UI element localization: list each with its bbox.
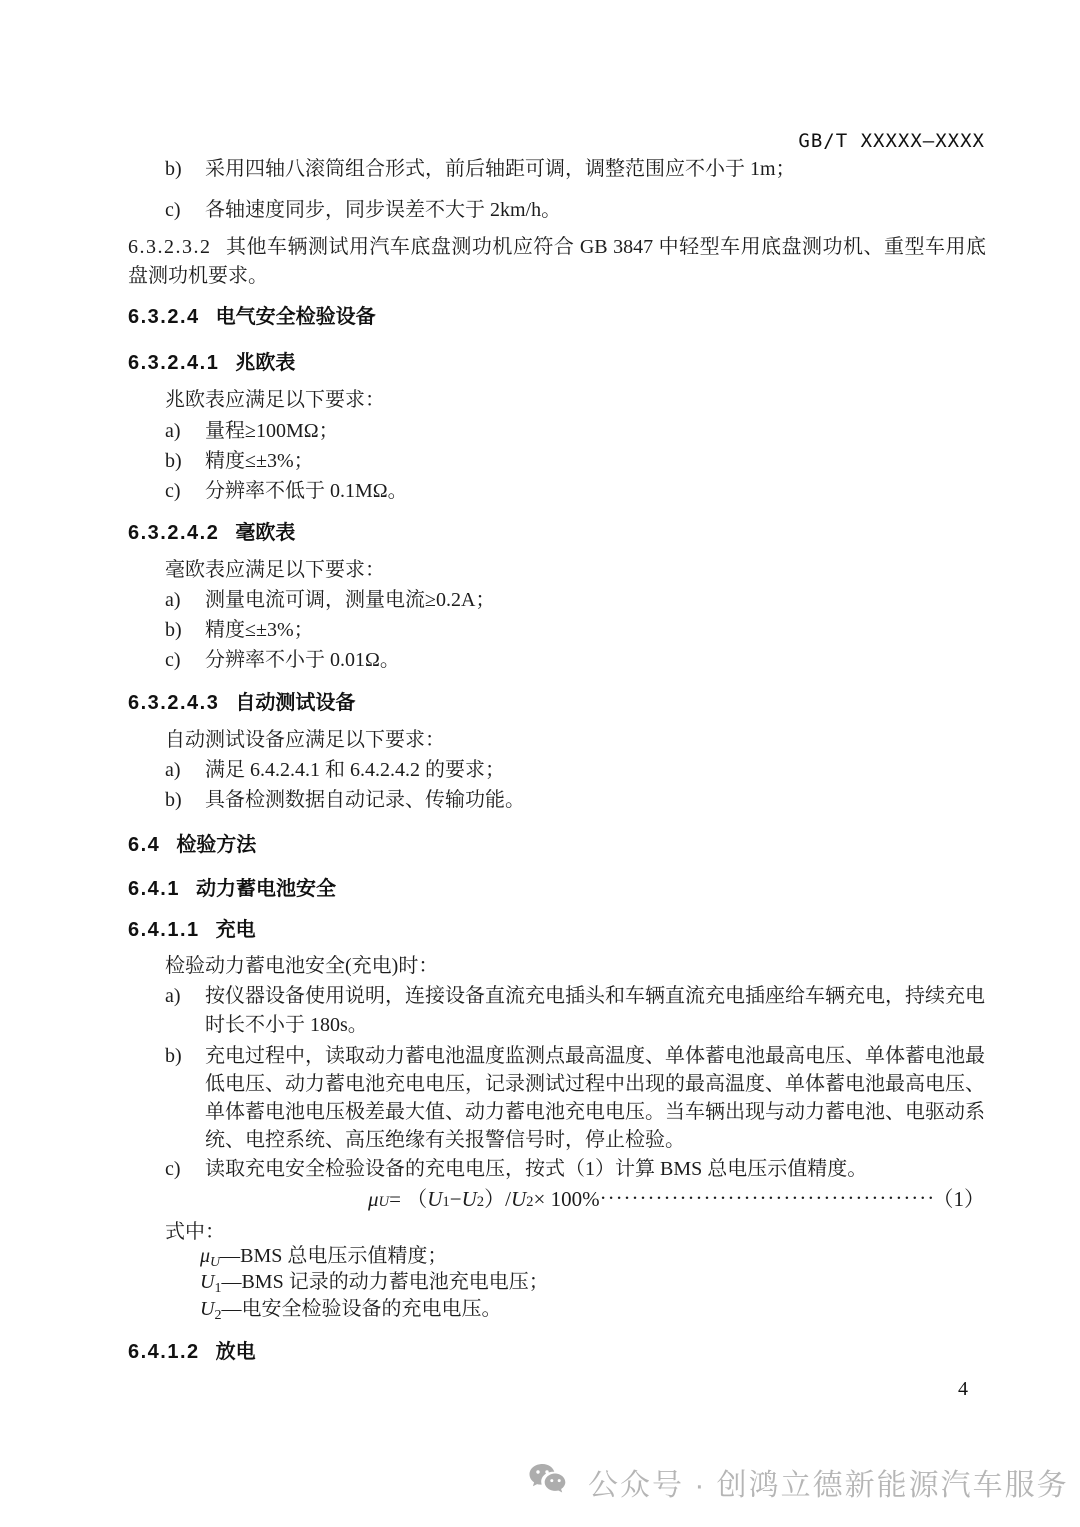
list-label: b) bbox=[165, 1042, 205, 1154]
list-text: 具备检测数据自动记录、传输功能。 bbox=[205, 786, 985, 815]
list-label: c) bbox=[165, 196, 205, 225]
list-item: b) 精度≤±3%； bbox=[165, 616, 985, 645]
list-item: a) 按仪器设备使用说明，连接设备直流充电插头和车辆直流充电插座给车辆充电，持续… bbox=[165, 982, 985, 1040]
list-item: b) 具备检测数据自动记录、传输功能。 bbox=[165, 786, 985, 815]
formula-token: μ bbox=[200, 1245, 210, 1267]
section-number: 6.3.2.4 bbox=[128, 306, 200, 329]
section-title: 充电 bbox=[216, 913, 256, 942]
formula-token: —BMS 总电压示值精度； bbox=[220, 1245, 447, 1267]
formula-token: U bbox=[200, 1298, 214, 1320]
list-label: a) bbox=[165, 982, 205, 1040]
document-page: GB/T XXXXX—XXXX b) 采用四轴八滚筒组合形式，前后轴距可调，调整… bbox=[0, 0, 1080, 1527]
list-label: c) bbox=[165, 646, 205, 675]
section-title: 检验方法 bbox=[176, 828, 256, 857]
list-text: 充电过程中，读取动力蓄电池温度监测点最高温度、单体蓄电池最高电压、单体蓄电池最低… bbox=[205, 1042, 985, 1154]
section-number: 6.4.1 bbox=[128, 878, 180, 901]
section-number: 6.3.2.4.3 bbox=[128, 692, 219, 715]
list-text: 按仪器设备使用说明，连接设备直流充电插头和车辆直流充电插座给车辆充电，持续充电时… bbox=[205, 982, 985, 1040]
formula-token: − bbox=[450, 1187, 462, 1212]
section-number: 6.3.2.4.1 bbox=[128, 352, 219, 375]
section-heading-6-3-2-4: 6.3.2.4 电气安全检验设备 bbox=[128, 300, 376, 329]
formula-token: U bbox=[379, 1194, 390, 1211]
formula-token: 2 bbox=[477, 1194, 484, 1211]
section-heading-6-4-1-1: 6.4.1.1 充电 bbox=[128, 913, 256, 942]
formula-token: U bbox=[200, 1271, 214, 1293]
list-text: 精度≤±3%； bbox=[205, 447, 985, 476]
paragraph: 毫欧表应满足以下要求： bbox=[165, 556, 385, 585]
list-text: 满足 6.4.2.4.1 和 6.4.2.4.2 的要求； bbox=[205, 756, 985, 785]
section-number: 6.4 bbox=[128, 834, 160, 857]
list-item: c) 分辨率不低于 0.1MΩ。 bbox=[165, 477, 985, 506]
page-number: 4 bbox=[958, 1378, 968, 1401]
list-text: 采用四轴八滚筒组合形式，前后轴距可调，调整范围应不小于 1m； bbox=[205, 155, 985, 184]
list-text: 量程≥100MΩ； bbox=[205, 417, 985, 446]
list-item: b) 精度≤±3%； bbox=[165, 447, 985, 476]
list-text: 读取充电安全检验设备的充电电压，按式（1）计算 BMS 总电压示值精度。 bbox=[205, 1155, 985, 1184]
formula-token: U bbox=[427, 1187, 442, 1212]
list-label: c) bbox=[165, 1155, 205, 1184]
equation-definition: U2—电安全检验设备的充电电压。 bbox=[200, 1296, 501, 1329]
section-heading-6-4: 6.4 检验方法 bbox=[128, 828, 256, 857]
list-text: 测量电流可调，测量电流≥0.2A； bbox=[205, 586, 985, 615]
list-label: a) bbox=[165, 586, 205, 615]
wechat-account-label: 公众号 · 创鸿立德新能源汽车服务 bbox=[588, 1460, 1069, 1504]
formula-token: U bbox=[210, 1255, 220, 1270]
paragraph: 兆欧表应满足以下要求： bbox=[165, 386, 385, 415]
list-item: a) 满足 6.4.2.4.1 和 6.4.2.4.2 的要求； bbox=[165, 756, 985, 785]
formula-token: （1） bbox=[933, 1183, 986, 1213]
list-item: c) 分辨率不小于 0.01Ω。 bbox=[165, 646, 985, 675]
list-label: c) bbox=[165, 477, 205, 506]
clause-number: 6.3.2.3.2 bbox=[128, 236, 212, 258]
section-title: 毫欧表 bbox=[235, 516, 295, 545]
formula-token: μ bbox=[368, 1187, 379, 1212]
formula-token: × 100% bbox=[533, 1187, 599, 1212]
list-item: c) 各轴速度同步，同步误差不大于 2km/h。 bbox=[165, 196, 985, 225]
section-title: 自动测试设备 bbox=[235, 686, 355, 715]
section-heading-6-3-2-4-1: 6.3.2.4.1 兆欧表 bbox=[128, 346, 295, 375]
section-title: 电气安全检验设备 bbox=[216, 300, 376, 329]
list-item: c) 读取充电安全检验设备的充电电压，按式（1）计算 BMS 总电压示值精度。 bbox=[165, 1155, 985, 1184]
paragraph: 检验动力蓄电池安全(充电)时： bbox=[165, 952, 438, 981]
paragraph: 自动测试设备应满足以下要求： bbox=[165, 726, 445, 755]
list-label: b) bbox=[165, 616, 205, 645]
wechat-watermark: 公众号 · 创鸿立德新能源汽车服务 bbox=[528, 1460, 1069, 1504]
list-label: b) bbox=[165, 786, 205, 815]
formula-token: —BMS 记录的动力蓄电池充电电压； bbox=[221, 1271, 548, 1293]
section-number: 6.3.2.4.2 bbox=[128, 522, 219, 545]
formula-token: —电安全检验设备的充电电压。 bbox=[221, 1298, 501, 1320]
section-heading-6-4-1: 6.4.1 动力蓄电池安全 bbox=[128, 872, 336, 901]
formula-token: U bbox=[462, 1187, 477, 1212]
section-title: 动力蓄电池安全 bbox=[196, 872, 336, 901]
clause-text: 其他车辆测试用汽车底盘测功机应符合 GB 3847 中轻型车用底盘测功机、重型车… bbox=[128, 236, 986, 287]
list-label: b) bbox=[165, 447, 205, 476]
list-label: b) bbox=[165, 155, 205, 184]
section-number: 6.4.1.1 bbox=[128, 919, 200, 942]
list-text: 分辨率不小于 0.01Ω。 bbox=[205, 646, 985, 675]
section-title: 兆欧表 bbox=[235, 346, 295, 375]
list-label: a) bbox=[165, 417, 205, 446]
formula-token: U bbox=[511, 1187, 526, 1212]
list-text: 各轴速度同步，同步误差不大于 2km/h。 bbox=[205, 196, 985, 225]
section-heading-6-3-2-4-2: 6.3.2.4.2 毫欧表 bbox=[128, 516, 295, 545]
list-text: 精度≤±3%； bbox=[205, 616, 985, 645]
wechat-icon bbox=[528, 1462, 574, 1502]
formula-token: = （ bbox=[389, 1183, 427, 1213]
section-heading-6-4-1-2: 6.4.1.2 放电 bbox=[128, 1335, 256, 1364]
formula-token: ）/ bbox=[484, 1183, 511, 1213]
clause-paragraph: 6.3.2.3.2其他车辆测试用汽车底盘测功机应符合 GB 3847 中轻型车用… bbox=[128, 233, 986, 291]
section-title: 放电 bbox=[216, 1335, 256, 1364]
equation-1: μU = （U1 − U2）/U2 × 100%················… bbox=[368, 1183, 985, 1213]
formula-token: ········································… bbox=[600, 1186, 933, 1211]
section-heading-6-3-2-4-3: 6.3.2.4.3 自动测试设备 bbox=[128, 686, 355, 715]
list-item: b) 采用四轴八滚筒组合形式，前后轴距可调，调整范围应不小于 1m； bbox=[165, 155, 985, 184]
list-item: a) 量程≥100MΩ； bbox=[165, 417, 985, 446]
list-label: a) bbox=[165, 756, 205, 785]
formula-token: 2 bbox=[526, 1194, 533, 1211]
section-number: 6.4.1.2 bbox=[128, 1341, 200, 1364]
doc-code-header: GB/T XXXXX—XXXX bbox=[798, 130, 985, 152]
list-item: b) 充电过程中，读取动力蓄电池温度监测点最高温度、单体蓄电池最高电压、单体蓄电… bbox=[165, 1042, 985, 1154]
formula-token: 1 bbox=[442, 1194, 449, 1211]
list-text: 分辨率不低于 0.1MΩ。 bbox=[205, 477, 985, 506]
list-item: a) 测量电流可调，测量电流≥0.2A； bbox=[165, 586, 985, 615]
